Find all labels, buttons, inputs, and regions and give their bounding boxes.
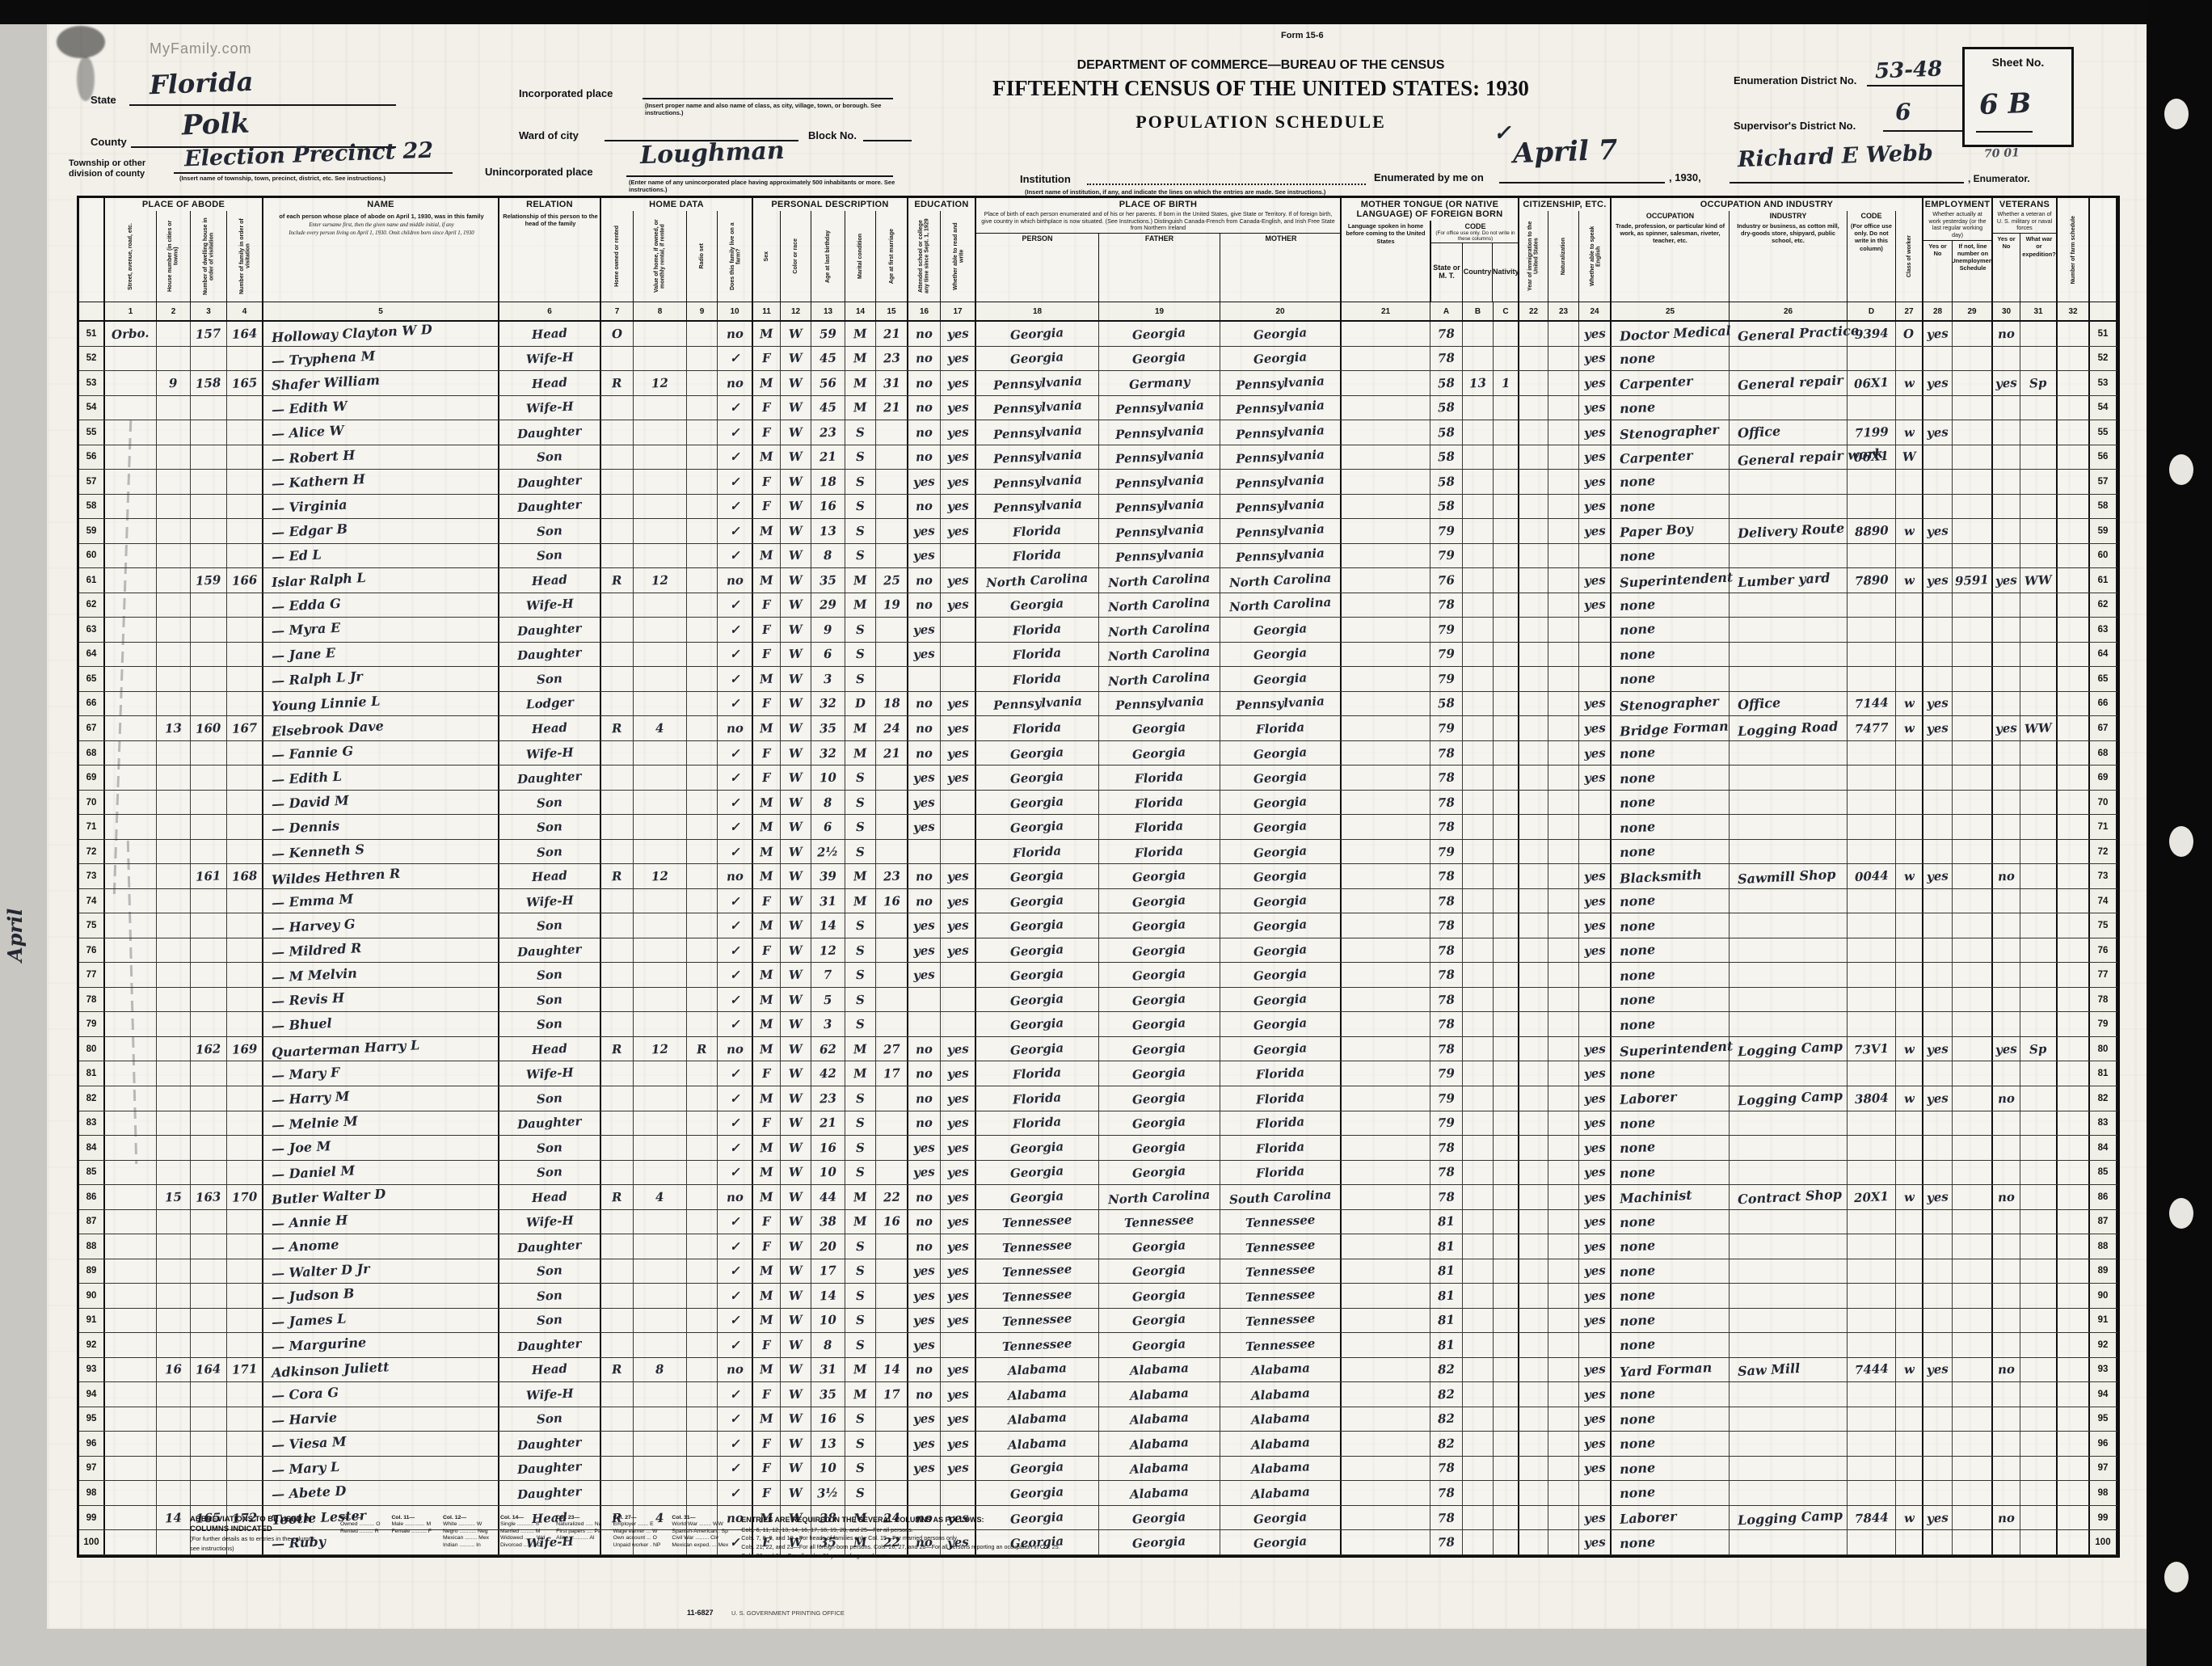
cell-c18: Georgia bbox=[976, 347, 1099, 371]
cell-c25: none bbox=[1612, 938, 1730, 963]
handwritten-entry: yes bbox=[913, 917, 936, 933]
cell-lnl: 88 bbox=[79, 1234, 105, 1259]
cell-c9 bbox=[687, 593, 718, 618]
handwritten-entry: 21 bbox=[883, 745, 900, 761]
cell-cC bbox=[1494, 889, 1519, 913]
cell-c14: M bbox=[845, 741, 876, 766]
handwritten-entry: Alabama bbox=[1130, 1411, 1190, 1428]
handwritten-entry: S bbox=[856, 770, 866, 786]
handwritten-entry: none bbox=[1620, 1164, 1656, 1181]
handwritten-entry: 21 bbox=[819, 1116, 837, 1131]
incorporated-label: Incorporated place bbox=[519, 87, 613, 99]
column-header: Language spoken in home before coming to… bbox=[1342, 221, 1430, 302]
cell-c31 bbox=[2020, 1284, 2058, 1308]
cell-lnl: 65 bbox=[79, 667, 105, 691]
cell-cB bbox=[1463, 1111, 1494, 1136]
cell-c10: no bbox=[718, 716, 753, 740]
watermark: MyFamily.com bbox=[150, 40, 252, 57]
cell-c6: Son bbox=[499, 963, 601, 987]
handwritten-entry: W bbox=[789, 523, 803, 538]
cell-c1 bbox=[105, 396, 157, 420]
cell-c11: F bbox=[753, 1111, 781, 1136]
handwritten-entry: no bbox=[726, 1041, 744, 1057]
handwritten-entry: Daughter bbox=[517, 645, 582, 663]
cell-c32 bbox=[2058, 1309, 2090, 1333]
handwritten-entry: 3 bbox=[824, 672, 832, 687]
cell-cA: 78 bbox=[1430, 766, 1463, 790]
handwritten-entry: Pennsylvania bbox=[1236, 546, 1325, 566]
handwritten-entry: yes bbox=[1927, 868, 1949, 884]
handwritten-entry: none bbox=[1620, 621, 1656, 638]
cell-c22 bbox=[1519, 1185, 1548, 1209]
cell-c31 bbox=[2020, 1086, 2058, 1111]
handwritten-entry: w bbox=[1903, 424, 1915, 440]
cell-c26 bbox=[1730, 815, 1848, 839]
handwritten-entry: 17 bbox=[883, 1386, 900, 1402]
cell-c14: S bbox=[845, 840, 876, 864]
cell-cA: 78 bbox=[1430, 815, 1463, 839]
handwritten-entry: ✓ bbox=[729, 1214, 740, 1229]
cell-cC bbox=[1494, 519, 1519, 543]
cell-c11: F bbox=[753, 889, 781, 913]
cell-c16: yes bbox=[908, 913, 941, 938]
cell-c31 bbox=[2020, 1210, 2058, 1234]
handwritten-entry: Machinist bbox=[1620, 1187, 1693, 1207]
cell-c25: Carpenter bbox=[1612, 371, 1730, 395]
handwritten-entry: M bbox=[853, 1362, 868, 1377]
cell-c29 bbox=[1953, 1136, 1993, 1160]
legend-line: Widowed ....... Wd bbox=[500, 1535, 545, 1541]
cell-c20: Alabama bbox=[1220, 1457, 1342, 1481]
printer-imprint: U. S. GOVERNMENT PRINTING OFFICE bbox=[731, 1610, 845, 1617]
cell-c12: W bbox=[781, 1358, 811, 1382]
handwritten-entry: 27 bbox=[883, 1041, 900, 1057]
cell-c10: ✓ bbox=[718, 1481, 753, 1505]
cell-cA: 78 bbox=[1430, 889, 1463, 913]
cell-cB bbox=[1463, 420, 1494, 445]
cell-c32 bbox=[2058, 913, 2090, 938]
handwritten-entry: W bbox=[789, 1140, 803, 1155]
cell-c12: W bbox=[781, 1234, 811, 1259]
handwritten-entry: — Joe M bbox=[272, 1138, 331, 1157]
cell-c26 bbox=[1730, 791, 1848, 815]
cell-c13: 23 bbox=[811, 420, 845, 445]
handwritten-entry: yes bbox=[913, 770, 936, 785]
handwritten-entry: — James L bbox=[272, 1310, 347, 1330]
column-header: FATHER bbox=[1099, 234, 1220, 302]
cell-cA: 78 bbox=[1430, 1481, 1463, 1505]
cell-c27 bbox=[1896, 1234, 1923, 1259]
handwritten-entry: Georgia bbox=[1010, 597, 1064, 614]
legend-line: Married ......... M bbox=[500, 1529, 540, 1534]
cell-lnl: 67 bbox=[79, 716, 105, 740]
census-row: 92— MargurineDaughter✓FW8SyesTennesseeGe… bbox=[79, 1333, 2117, 1358]
cell-c28 bbox=[1923, 495, 1953, 519]
handwritten-entry: Wife-H bbox=[525, 892, 574, 909]
cell-c4 bbox=[227, 963, 263, 987]
cell-c4 bbox=[227, 643, 263, 667]
cell-c9 bbox=[687, 1161, 718, 1185]
cell-c9 bbox=[687, 519, 718, 543]
handwritten-entry: 2½ bbox=[817, 844, 839, 859]
cell-lnl: 54 bbox=[79, 396, 105, 420]
handwritten-entry: 21 bbox=[883, 326, 900, 341]
enumerated-date: April 7 bbox=[1512, 134, 1618, 170]
handwritten-entry: Tennessee bbox=[1245, 1262, 1315, 1280]
handwritten-entry: S bbox=[856, 1313, 866, 1328]
cell-c32 bbox=[2058, 1061, 2090, 1086]
cell-c9 bbox=[687, 963, 718, 987]
cell-c24: yes bbox=[1579, 347, 1612, 371]
handwritten-entry: Alabama bbox=[1250, 1460, 1310, 1478]
handwritten-entry: 79 bbox=[1438, 523, 1456, 538]
handwritten-entry: — M Melvin bbox=[272, 965, 358, 985]
cell-c8: 8 bbox=[634, 1358, 687, 1382]
cell-c9 bbox=[687, 1333, 718, 1357]
cell-c20: Florida bbox=[1220, 1086, 1342, 1111]
cell-c16: yes bbox=[908, 1284, 941, 1308]
cell-c18: Florida bbox=[976, 840, 1099, 864]
handwritten-entry: 78 bbox=[1438, 869, 1456, 884]
cell-c25: Doctor Medical bbox=[1612, 322, 1730, 346]
census-row: 61159166Islar Ralph LHeadR12noMW35M25noy… bbox=[79, 568, 2117, 593]
cell-c27 bbox=[1896, 643, 1923, 667]
handwritten-entry: ✓ bbox=[729, 672, 740, 687]
column-header-label: Relationship of this person to the head … bbox=[499, 211, 601, 230]
cell-c24: yes bbox=[1579, 1432, 1612, 1456]
handwritten-entry: M bbox=[760, 844, 774, 859]
cell-c4 bbox=[227, 1259, 263, 1284]
handwritten-entry: yes bbox=[946, 917, 969, 933]
handwritten-entry: R bbox=[697, 1041, 707, 1057]
cell-c22 bbox=[1519, 1234, 1548, 1259]
cell-c30 bbox=[1993, 396, 2020, 420]
cell-cC bbox=[1494, 1086, 1519, 1111]
cell-cD bbox=[1848, 544, 1896, 568]
cell-c2 bbox=[157, 495, 191, 519]
cell-cC bbox=[1494, 1407, 1519, 1432]
handwritten-entry: Son bbox=[537, 992, 563, 1008]
cell-c19: Georgia bbox=[1099, 322, 1220, 346]
cell-cB bbox=[1463, 495, 1494, 519]
sheet-number-label: Sheet No. bbox=[1965, 56, 2071, 69]
cell-c18: Georgia bbox=[976, 1161, 1099, 1185]
cell-c4 bbox=[227, 470, 263, 494]
handwritten-entry: Georgia bbox=[1253, 325, 1307, 342]
handwritten-entry: Pennsylvania bbox=[1114, 423, 1204, 442]
cell-c6: Daughter bbox=[499, 1111, 601, 1136]
cell-c17 bbox=[941, 840, 976, 864]
cell-c12: W bbox=[781, 741, 811, 766]
cell-c11: M bbox=[753, 716, 781, 740]
handwritten-entry: none bbox=[1620, 1213, 1656, 1230]
cell-c25: none bbox=[1612, 1210, 1730, 1234]
handwritten-entry: Son bbox=[537, 523, 563, 539]
handwritten-entry: 78 bbox=[1438, 1041, 1456, 1057]
handwritten-entry: yes bbox=[946, 696, 969, 711]
handwritten-entry: none bbox=[1620, 350, 1656, 367]
handwritten-entry: 58 bbox=[1438, 696, 1456, 711]
cell-c4 bbox=[227, 913, 263, 938]
cell-c16: yes bbox=[908, 1136, 941, 1160]
cell-c6: Head bbox=[499, 322, 601, 346]
cell-c22 bbox=[1519, 716, 1548, 740]
column-header-label: House number (in cities or towns) bbox=[167, 216, 179, 297]
handwritten-entry: no bbox=[916, 400, 933, 415]
cell-c16 bbox=[908, 1481, 941, 1505]
cell-c1 bbox=[105, 568, 157, 593]
cell-c12: W bbox=[781, 1086, 811, 1111]
cell-c2 bbox=[157, 938, 191, 963]
cell-c21 bbox=[1342, 618, 1430, 642]
handwritten-entry: 58 bbox=[1438, 400, 1456, 415]
handwritten-entry: yes bbox=[1927, 1041, 1949, 1057]
cell-c8 bbox=[634, 963, 687, 987]
cell-c20: Tennessee bbox=[1220, 1259, 1342, 1284]
cell-c31 bbox=[2020, 1185, 2058, 1209]
column-group-cells: Number of farm schedule bbox=[2058, 198, 2088, 302]
cell-c27 bbox=[1896, 1284, 1923, 1308]
cell-lnl: 73 bbox=[79, 864, 105, 888]
cell-c29 bbox=[1953, 371, 1993, 395]
handwritten-entry: none bbox=[1620, 1238, 1656, 1255]
handwritten-entry: W bbox=[789, 696, 803, 711]
handwritten-entry: none bbox=[1620, 769, 1656, 786]
handwritten-entry: S bbox=[856, 524, 866, 539]
cell-c5: Quarterman Harry L bbox=[263, 1037, 499, 1061]
cell-c18: Pennsylvania bbox=[976, 371, 1099, 395]
cell-c7 bbox=[601, 1012, 634, 1036]
cell-c23 bbox=[1548, 889, 1579, 913]
cell-cB bbox=[1463, 470, 1494, 494]
cell-lnl: 61 bbox=[79, 568, 105, 593]
cell-c10: ✓ bbox=[718, 1457, 753, 1481]
cell-c29 bbox=[1953, 495, 1993, 519]
cell-c14: S bbox=[845, 963, 876, 987]
cell-c2 bbox=[157, 791, 191, 815]
cell-c13: 5 bbox=[811, 988, 845, 1012]
census-row: 65— Ralph L JrSon✓MW3SFloridaNorth Carol… bbox=[79, 667, 2117, 692]
cell-c1 bbox=[105, 1481, 157, 1505]
cell-c25: none bbox=[1612, 544, 1730, 568]
column-number: 7 bbox=[601, 302, 634, 320]
cell-c22 bbox=[1519, 1161, 1548, 1185]
cell-lnl: 53 bbox=[79, 371, 105, 395]
census-row: 62— Edda GWife-H✓FW29M19noyesGeorgiaNort… bbox=[79, 593, 2117, 618]
cell-c21 bbox=[1342, 963, 1430, 987]
cell-c14: S bbox=[845, 1432, 876, 1456]
column-number: 28 bbox=[1923, 302, 1953, 320]
cell-c22 bbox=[1519, 519, 1548, 543]
cell-c13: 10 bbox=[811, 1309, 845, 1333]
cell-c31: Sp bbox=[2020, 371, 2058, 395]
cell-c21 bbox=[1342, 643, 1430, 667]
handwritten-entry: W bbox=[789, 400, 803, 415]
cell-c29 bbox=[1953, 420, 1993, 445]
handwritten-entry: Georgia bbox=[1010, 325, 1064, 342]
cell-c26 bbox=[1730, 1161, 1848, 1185]
cell-c5: — Edith L bbox=[263, 766, 499, 790]
handwritten-entry: Laborer bbox=[1620, 1089, 1677, 1107]
cell-c12: W bbox=[781, 864, 811, 888]
cell-c22 bbox=[1519, 470, 1548, 494]
cell-cB bbox=[1463, 667, 1494, 691]
cell-cD bbox=[1848, 741, 1896, 766]
cell-c21 bbox=[1342, 347, 1430, 371]
cell-c23 bbox=[1548, 1432, 1579, 1456]
cell-lnr: 94 bbox=[2090, 1382, 2117, 1407]
cell-c16: no bbox=[908, 864, 941, 888]
cell-c24: yes bbox=[1579, 470, 1612, 494]
cell-c19: North Carolina bbox=[1099, 667, 1220, 691]
cell-c25: Stenographer bbox=[1612, 692, 1730, 716]
handwritten-entry: Pennsylvania bbox=[1236, 373, 1325, 393]
cell-c6: Son bbox=[499, 1284, 601, 1308]
cell-c22 bbox=[1519, 1333, 1548, 1357]
cell-lnr: 54 bbox=[2090, 396, 2117, 420]
handwritten-entry: ✓ bbox=[729, 424, 740, 440]
cell-c27: w bbox=[1896, 420, 1923, 445]
cell-c20: Pennsylvania bbox=[1220, 544, 1342, 568]
census-table: PLACE OF ABODEStreet, avenue, road, etc.… bbox=[77, 196, 2120, 1558]
column-group-title: VETERANS bbox=[1993, 198, 2056, 211]
cell-c28: yes bbox=[1923, 716, 1953, 740]
cell-c5: — Edith W bbox=[263, 396, 499, 420]
cell-c6: Wife-H bbox=[499, 741, 601, 766]
cell-c3 bbox=[191, 1432, 227, 1456]
handwritten-entry: 78 bbox=[1438, 1485, 1456, 1500]
cell-c21 bbox=[1342, 1457, 1430, 1481]
cell-c16 bbox=[908, 988, 941, 1012]
handwritten-entry: W bbox=[1902, 449, 1916, 465]
cell-c16: no bbox=[908, 322, 941, 346]
census-row: 59— Edgar BSon✓MW13SyesyesFloridaPennsyl… bbox=[79, 519, 2117, 544]
handwritten-entry: Georgia bbox=[1253, 991, 1307, 1008]
handwritten-entry: 13 bbox=[165, 720, 183, 736]
column-subhead: OCCUPATION bbox=[1646, 213, 1694, 221]
column-header: Color or race bbox=[781, 211, 811, 302]
cell-c13: 3 bbox=[811, 667, 845, 691]
handwritten-entry: — Mary F bbox=[272, 1065, 340, 1083]
cell-c8 bbox=[634, 1382, 687, 1407]
cell-c9 bbox=[687, 938, 718, 963]
column-number: 6 bbox=[499, 302, 601, 320]
column-header: of each person whose place of abode on A… bbox=[263, 211, 499, 302]
cell-c27 bbox=[1896, 963, 1923, 987]
cell-c6: Son bbox=[499, 445, 601, 470]
form-number: Form 15-6 bbox=[1281, 31, 1324, 40]
cell-cD bbox=[1848, 1407, 1896, 1432]
cell-c31 bbox=[2020, 963, 2058, 987]
handwritten-entry: Son bbox=[537, 917, 563, 934]
cell-c13: 32 bbox=[811, 741, 845, 766]
cell-c4 bbox=[227, 420, 263, 445]
handwritten-entry: yes bbox=[1927, 720, 1949, 736]
column-header-label: Number of dwelling house in order of vis… bbox=[203, 216, 215, 297]
sheet-number-value: 6 B bbox=[1978, 87, 2032, 121]
cell-c25: none bbox=[1612, 766, 1730, 790]
handwritten-entry: ✓ bbox=[729, 1338, 740, 1353]
legend-column: Col. 31—World War ........ WWSpanish-Ame… bbox=[672, 1515, 728, 1549]
cell-c9 bbox=[687, 1358, 718, 1382]
cell-c14: S bbox=[845, 791, 876, 815]
cell-cC bbox=[1494, 470, 1519, 494]
cell-c9 bbox=[687, 1012, 718, 1036]
cell-c21 bbox=[1342, 1333, 1430, 1357]
cell-c9 bbox=[687, 568, 718, 593]
cell-c13: 3 bbox=[811, 1012, 845, 1036]
cell-c1 bbox=[105, 1457, 157, 1481]
handwritten-entry: F bbox=[762, 597, 772, 613]
cell-c2 bbox=[157, 445, 191, 470]
column-group: NAMEof each person whose place of abode … bbox=[263, 198, 499, 302]
cell-cB bbox=[1463, 1136, 1494, 1160]
cell-cA: 78 bbox=[1430, 1457, 1463, 1481]
cell-c21 bbox=[1342, 1086, 1430, 1111]
cell-c25: none bbox=[1612, 1407, 1730, 1432]
cell-c8 bbox=[634, 420, 687, 445]
cell-c13: 45 bbox=[811, 396, 845, 420]
handwritten-entry: none bbox=[1620, 942, 1656, 959]
cell-c10: ✓ bbox=[718, 1432, 753, 1456]
cell-lnr: 100 bbox=[2090, 1530, 2117, 1554]
unincorporated-note: (Enter name of any unincorporated place … bbox=[629, 179, 904, 193]
punch-hole bbox=[2164, 99, 2189, 129]
handwritten-entry: 79 bbox=[1438, 720, 1456, 736]
cell-c19: Georgia bbox=[1099, 864, 1220, 888]
handwritten-entry: none bbox=[1620, 399, 1656, 416]
cell-c15 bbox=[876, 1234, 908, 1259]
cell-c14: S bbox=[845, 1284, 876, 1308]
handwritten-entry: yes bbox=[1583, 1214, 1606, 1229]
cell-c6: Son bbox=[499, 1309, 601, 1333]
cell-c9 bbox=[687, 1086, 718, 1111]
cell-cC bbox=[1494, 1161, 1519, 1185]
cell-lnr: 72 bbox=[2090, 840, 2117, 864]
handwritten-entry: none bbox=[1620, 547, 1656, 564]
handwritten-entry: Georgia bbox=[1132, 917, 1186, 934]
cell-c30: yes bbox=[1993, 1037, 2020, 1061]
column-number: 27 bbox=[1896, 302, 1923, 320]
legend-column-heading: Col. 31— bbox=[672, 1515, 695, 1520]
handwritten-entry: Georgia bbox=[1132, 1238, 1186, 1255]
handwritten-entry: ✓ bbox=[729, 1116, 740, 1131]
handwritten-entry: W bbox=[789, 1288, 803, 1303]
handwritten-entry: 13 bbox=[1469, 375, 1487, 390]
cell-c18: Georgia bbox=[976, 1185, 1099, 1209]
handwritten-entry: yes bbox=[946, 1041, 969, 1057]
handwritten-entry: Tennessee bbox=[1245, 1238, 1315, 1255]
cell-c5: — Edgar B bbox=[263, 519, 499, 543]
handwritten-entry: 0044 bbox=[1854, 868, 1889, 884]
handwritten-entry: Superintendent bbox=[1620, 1039, 1734, 1060]
cell-c29 bbox=[1953, 1333, 1993, 1357]
cell-c24: yes bbox=[1579, 938, 1612, 963]
cell-lnr: 56 bbox=[2090, 445, 2117, 470]
cell-c15 bbox=[876, 913, 908, 938]
cell-c30 bbox=[1993, 347, 2020, 371]
cell-c16: no bbox=[908, 1061, 941, 1086]
cell-c26 bbox=[1730, 1382, 1848, 1407]
cell-c20: Georgia bbox=[1220, 791, 1342, 815]
handwritten-entry: Tennessee bbox=[1124, 1213, 1194, 1230]
handwritten-entry: Tennessee bbox=[1245, 1311, 1315, 1329]
cell-c13: 16 bbox=[811, 1136, 845, 1160]
cell-c30 bbox=[1993, 963, 2020, 987]
cell-c29 bbox=[1953, 692, 1993, 716]
handwritten-entry: yes bbox=[946, 1066, 969, 1082]
cell-c17: yes bbox=[941, 470, 976, 494]
